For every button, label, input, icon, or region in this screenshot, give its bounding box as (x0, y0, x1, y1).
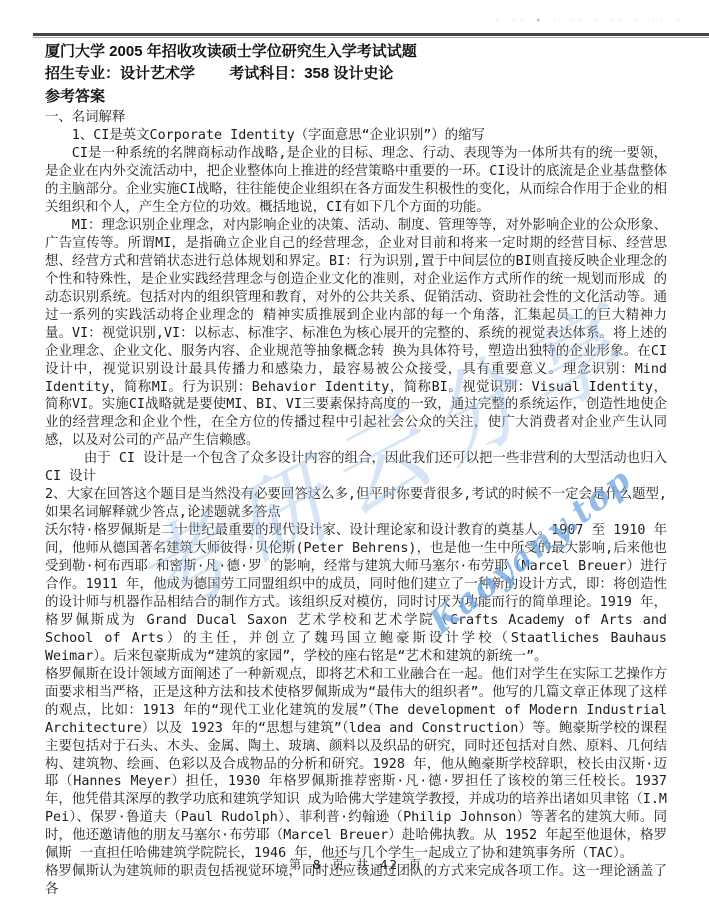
answer-paragraph: 1、CI是英文Corporate Identity（字面意思“企业识别”）的缩写 (45, 127, 667, 145)
page-content: 厦门大学 2005 年招收攻读硕士学位研究生入学考试试题 招生专业：设计艺术学 … (45, 41, 667, 899)
answer-paragraph: 格罗佩斯在设计领域方面阐述了一种新观点，即将艺术和工业融合在一起。他们对学生在实… (45, 666, 667, 863)
scan-noise-marks: · ·· ▪ · ·· · ·· · ·· ·· (495, 16, 685, 24)
admission-major-label: 招生专业：设计艺术学 (45, 65, 195, 82)
header-divider (33, 33, 709, 38)
document-page: · ·· ▪ · ·· · ·· · ·· ·· 厦门大学 2005 年招收攻读… (0, 0, 709, 903)
answer-paragraph: 2、大家在回答这个题目是当然没有必要回答这么多,但平时你要背很多,考试的时候不一… (45, 486, 667, 522)
answer-heading: 参考答案 (45, 86, 667, 108)
exam-subtitle-row: 招生专业：设计艺术学 考试科目：358 设计史论 (45, 63, 667, 85)
page-number: 第 8 页 共 42 页 (45, 855, 667, 873)
answer-paragraph: 沃尔特·格罗佩斯是二十世纪最重要的现代设计家、设计理论家和设计教育的奠基人。19… (45, 522, 667, 666)
header-divider-thick-line (33, 33, 709, 36)
header-divider-thin-line (33, 37, 709, 38)
answer-paragraph: CI是一种系统的名牌商标动作战略,是企业的目标、理念、行动、表现等为一体所共有的… (45, 145, 667, 217)
answer-paragraph: 由于 CI 设计是一个包含了众多设计内容的组合，因此我们还可以把一些非营利的大型… (45, 450, 667, 486)
exam-subject-label: 考试科目：358 设计史论 (229, 65, 393, 82)
answer-paragraph: MI：理念识别企业理念，对内影响企业的决策、活动、制度、管理等等，对外影响企业的… (45, 217, 667, 450)
answer-paragraph: 一、名词解释 (45, 109, 667, 127)
exam-title: 厦门大学 2005 年招收攻读硕士学位研究生入学考试试题 (45, 41, 667, 63)
answer-body: 一、名词解释 1、CI是英文Corporate Identity（字面意思“企业… (45, 109, 667, 899)
